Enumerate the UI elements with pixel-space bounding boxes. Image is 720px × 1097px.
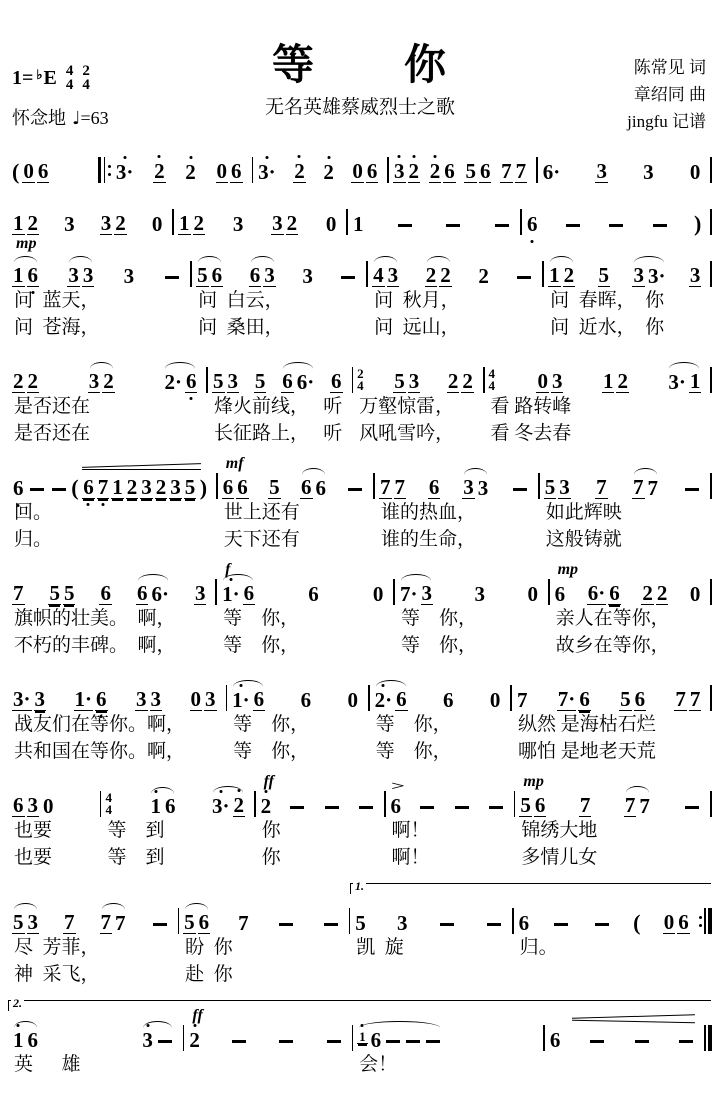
music-notes: 3·31·63303 bbox=[12, 685, 217, 711]
note: 7 bbox=[632, 477, 645, 499]
note: 2 bbox=[461, 371, 474, 393]
note: 3 bbox=[194, 583, 207, 605]
system-row: 123320mp12332016) bbox=[8, 192, 712, 235]
barline-single bbox=[710, 261, 712, 287]
note: 3 bbox=[63, 214, 76, 235]
dash-note bbox=[487, 923, 501, 926]
note: 6 bbox=[222, 477, 235, 499]
note: 6 bbox=[578, 689, 591, 711]
note: 2 bbox=[477, 266, 490, 287]
measure: 6(06归。 bbox=[514, 880, 699, 988]
lyric-line: 会！ bbox=[357, 1051, 534, 1078]
rest-note: 0 bbox=[372, 584, 385, 605]
rest-note: 0 bbox=[151, 214, 164, 235]
lyric-line: 如此辉映 bbox=[544, 499, 702, 526]
measure: 56633问 白云，问 桑田， bbox=[192, 244, 366, 341]
music-notes: 53566·6 bbox=[212, 367, 343, 393]
octave-dot-above bbox=[239, 684, 242, 687]
lyric-line: 啊！ bbox=[390, 844, 505, 871]
measure: 245322万壑惊雷，风吼雪吟， bbox=[353, 350, 483, 447]
octave-dot-below bbox=[101, 503, 104, 506]
lyric-line: 谁的生命， bbox=[379, 526, 529, 553]
note: 2 bbox=[408, 161, 421, 183]
dash-note bbox=[517, 276, 531, 279]
beam-group: 32 bbox=[100, 213, 127, 235]
beam-group: 22 bbox=[12, 371, 39, 393]
note: 6 bbox=[82, 477, 95, 499]
note: 6 bbox=[230, 161, 243, 183]
beam-group: 26 bbox=[429, 161, 456, 183]
system-row: 755666·3旗帜的壮美。 啊，不朽的丰碑。 啊，1·660f等 你，等 你，… bbox=[8, 562, 712, 659]
measure: 12533·3问 春晖， 你问 近水， 你 bbox=[544, 244, 710, 341]
note: 3 bbox=[387, 265, 400, 287]
octave-dot-above bbox=[237, 789, 240, 792]
measure: 7·330等 你，等 你， bbox=[395, 562, 548, 659]
beam-group: 6·6 bbox=[587, 583, 621, 605]
slur-group: 3·1 bbox=[667, 371, 701, 393]
note: 3 bbox=[169, 477, 182, 499]
dash-note bbox=[398, 224, 412, 227]
beam-group: 22 bbox=[641, 583, 668, 605]
dash-note bbox=[609, 224, 623, 227]
beam-group: 06 bbox=[22, 161, 49, 183]
measure: 123320mp bbox=[8, 192, 172, 235]
beam-group: 56 bbox=[619, 689, 646, 711]
measure: 3·31·63303战友们在等你。啊，共和国在等你。啊， bbox=[8, 668, 226, 765]
lyric-line: 等 你， bbox=[231, 738, 359, 765]
note: 2 bbox=[12, 371, 25, 393]
note: 5 bbox=[268, 477, 281, 499]
measure: 6(67123235)回。归。 bbox=[8, 456, 216, 553]
note: 5 bbox=[254, 371, 267, 393]
header: 1=♭E 44 24 怀念地♩=63 等 你 无名英雄蔡威烈士之歌 陈常见 词 … bbox=[0, 6, 720, 140]
note: 3 bbox=[632, 265, 645, 287]
dash-note bbox=[685, 488, 699, 491]
octave-dot-above bbox=[264, 790, 267, 793]
music-notes: 2ff bbox=[260, 791, 375, 817]
octave-dot-above bbox=[327, 156, 330, 159]
system: 630也要也要44163·2等 到等 到2ff你你6>啊！啊！56777mp锦绣… bbox=[8, 774, 712, 871]
note: 3 bbox=[150, 689, 163, 711]
lyric-line: 凯 旋 bbox=[354, 934, 503, 961]
note: 6 bbox=[549, 1030, 562, 1051]
note: 2 bbox=[102, 371, 115, 393]
credits: 陈常见 词 章绍同 曲 jingfu 记谱 bbox=[627, 54, 706, 135]
beam-group: 06 bbox=[216, 161, 243, 183]
lyric-line: 不朽的丰碑。 啊， bbox=[12, 632, 206, 659]
lyric-line: 看 冬去春 bbox=[489, 420, 702, 447]
lyric-line: 归。 bbox=[12, 526, 207, 553]
parenthesis: ) bbox=[694, 213, 701, 235]
measure: 56777mp锦绣大地多情儿女 bbox=[515, 774, 710, 871]
beam-group: 12 bbox=[12, 213, 39, 235]
octave-dot-below bbox=[531, 240, 534, 243]
note: 3 bbox=[88, 371, 101, 393]
note: 3 bbox=[227, 371, 240, 393]
system-row: (063·22063·2206322656776·330 bbox=[8, 140, 712, 183]
dynamic-mark: mp bbox=[558, 562, 578, 578]
octave-dot-above bbox=[412, 155, 415, 158]
lyric-line: 故乡在等你， bbox=[554, 632, 702, 659]
lyric-line: 问 桑田， bbox=[196, 314, 357, 341]
music-notes: 77633 bbox=[379, 473, 529, 499]
note: 5 bbox=[354, 913, 367, 934]
octave-dot-above bbox=[434, 155, 437, 158]
beam-group: 77 bbox=[500, 161, 527, 183]
note: 6 bbox=[136, 583, 149, 605]
measure: 630也要也要 bbox=[8, 774, 100, 871]
measure: 4403123·1看 路转峰看 冬去春 bbox=[485, 350, 711, 447]
lyric-line: 多情儿女 bbox=[519, 844, 701, 871]
note: 6 bbox=[253, 689, 266, 711]
measure: 66566mf世上还有天下还有 bbox=[218, 456, 374, 553]
note: 3 bbox=[477, 478, 490, 499]
note: 6 bbox=[608, 583, 621, 605]
lyric-line: 等 你， bbox=[399, 632, 539, 659]
barline-single bbox=[710, 473, 712, 499]
lyric-line bbox=[549, 1051, 695, 1078]
dynamic-mark: mf bbox=[226, 456, 244, 472]
system: 163英 雄2ff16会！62. bbox=[8, 997, 712, 1078]
barline-single bbox=[710, 209, 712, 235]
lyric-line: 问 苍海， bbox=[12, 314, 181, 341]
lyric-line: 是否还在 bbox=[12, 393, 197, 420]
octave-dot-above bbox=[382, 684, 385, 687]
note: 6 bbox=[211, 265, 224, 287]
measure: 77633谁的热血，谁的生命， bbox=[375, 456, 538, 553]
note: 5 bbox=[212, 371, 225, 393]
music-notes: 567 bbox=[183, 908, 340, 934]
lyric-line: 等 你， bbox=[399, 605, 539, 632]
dash-note bbox=[324, 923, 338, 926]
note: 3· bbox=[667, 372, 687, 393]
beam-group: 33 bbox=[135, 689, 162, 711]
note: 6 bbox=[442, 690, 455, 711]
dash-note bbox=[554, 923, 568, 926]
note: 3 bbox=[140, 477, 153, 499]
note: 3 bbox=[462, 477, 475, 499]
beam-group: 55 bbox=[48, 583, 75, 605]
system: 123320mp12332016) bbox=[8, 192, 712, 235]
dash-note bbox=[566, 224, 580, 227]
lyric-line: 世上还有 bbox=[222, 499, 365, 526]
barline-single bbox=[710, 579, 712, 605]
lyric-line: 神 采飞， bbox=[12, 961, 169, 988]
note: 3 bbox=[141, 1030, 154, 1051]
music-notes: 53777 bbox=[12, 908, 169, 934]
lyric-line: 英 雄 bbox=[12, 1051, 174, 1078]
music-notes: 77·65677 bbox=[516, 685, 701, 711]
note: 5 bbox=[48, 583, 61, 605]
note: 2 bbox=[114, 213, 127, 235]
measure: 123320 bbox=[174, 192, 346, 235]
music-notes: 22322·6 bbox=[12, 367, 197, 393]
music-notes: 245322 bbox=[357, 367, 474, 393]
measure: 44163·2等 到等 到 bbox=[101, 774, 254, 871]
dash-note bbox=[495, 224, 509, 227]
measure: 53凯 旋 bbox=[350, 880, 512, 988]
note: 3 bbox=[204, 689, 217, 711]
beam-group: 03 bbox=[536, 371, 563, 393]
barline-single bbox=[710, 157, 712, 183]
note: 3 bbox=[551, 371, 564, 393]
beam-group: 53 bbox=[393, 371, 420, 393]
note: 3· bbox=[257, 162, 277, 183]
rest-note: 0 bbox=[689, 162, 702, 183]
note: 2 bbox=[27, 371, 40, 393]
music-notes: 6 bbox=[549, 1025, 695, 1051]
note: 6 bbox=[185, 371, 198, 393]
rest-note: 0 bbox=[689, 584, 702, 605]
dash-note bbox=[679, 1040, 693, 1043]
lyric-line: 长征路上， 听 bbox=[212, 420, 343, 447]
music-notes: 6·330 bbox=[542, 157, 702, 183]
time-signature: 44 bbox=[105, 792, 112, 817]
beam-group: 63 bbox=[12, 795, 39, 817]
note: 5 bbox=[464, 161, 477, 183]
lyric-line: 赴 你 bbox=[183, 961, 340, 988]
beam-group: 3·3 bbox=[12, 689, 46, 711]
lyric-line: 等 到 bbox=[105, 817, 245, 844]
note: 1 bbox=[149, 796, 162, 817]
note: 3 bbox=[642, 162, 655, 183]
dash-note bbox=[590, 1040, 604, 1043]
composer-credit: 章绍同 曲 bbox=[627, 81, 706, 108]
music-notes: 43222 bbox=[372, 261, 533, 287]
note: 3 bbox=[34, 689, 47, 711]
note: 6 bbox=[534, 795, 547, 817]
dash-note bbox=[386, 1040, 400, 1043]
dash-note bbox=[455, 806, 469, 809]
music-notes: 56633 bbox=[196, 261, 357, 287]
music-notes: 3·2206 bbox=[115, 157, 243, 183]
measure: 1·660f等 你，等 你， bbox=[217, 562, 393, 659]
system: 3·31·63303战友们在等你。啊，共和国在等你。啊，1·660等 你，等 你… bbox=[8, 668, 712, 765]
note: 7 bbox=[63, 912, 76, 934]
dash-note bbox=[653, 224, 667, 227]
dash-note bbox=[325, 806, 339, 809]
beam-group: 66 bbox=[222, 477, 249, 499]
note: 3 bbox=[396, 913, 409, 934]
lyric-line: 锦绣大地 bbox=[519, 817, 701, 844]
note: 3 bbox=[27, 795, 40, 817]
lyric-line: 你 bbox=[260, 817, 375, 844]
lyric-line: 这般铸就 bbox=[544, 526, 702, 553]
measure: 53777尽 芳菲，神 采飞， bbox=[8, 880, 178, 988]
note: 3· bbox=[115, 162, 135, 183]
slur-group: 43 bbox=[372, 265, 399, 287]
rest-note: 0 bbox=[216, 161, 229, 183]
note: 7 bbox=[579, 795, 592, 817]
note: 2 bbox=[447, 371, 460, 393]
system: 16333问 蓝天，问 苍海，56633问 白云，问 桑田，43222问 秋月，… bbox=[8, 244, 712, 341]
system-row: 163英 雄2ff16会！62. bbox=[8, 997, 712, 1078]
note: 6 bbox=[300, 477, 313, 499]
measure: 2ff你你 bbox=[256, 774, 384, 871]
system-row: 22322·6是否还在是否还在53566·6烽火前线， 听长征路上， 听2453… bbox=[8, 350, 712, 447]
note: 5 bbox=[196, 265, 209, 287]
lyric-line: 是否还在 bbox=[12, 420, 197, 447]
measure: 77·65677纵然 是海枯石烂哪怕 是地老天荒 bbox=[512, 668, 710, 765]
lyric-line: 看 路转峰 bbox=[489, 393, 702, 420]
note: 6 bbox=[198, 912, 211, 934]
octave-dot-above bbox=[123, 156, 126, 159]
slur-group: 33 bbox=[67, 265, 94, 287]
dynamic-mark: mp bbox=[523, 774, 543, 790]
note: 7 bbox=[500, 161, 513, 183]
note: 7 bbox=[394, 477, 407, 499]
note: 7 bbox=[114, 913, 127, 934]
beam-group: 56 bbox=[464, 161, 491, 183]
rest-note: 0 bbox=[663, 912, 676, 934]
dash-note bbox=[290, 806, 304, 809]
parenthesis: ( bbox=[71, 477, 78, 499]
music-notes: 630 bbox=[12, 791, 91, 817]
note: 1 bbox=[352, 214, 365, 235]
lyric-line: 问 近水， 你 bbox=[548, 314, 701, 341]
note: 2 bbox=[126, 477, 139, 499]
note: 2 bbox=[27, 213, 40, 235]
note: 6 bbox=[99, 583, 112, 605]
slur-group: 16 bbox=[12, 265, 39, 287]
octave-dot-above bbox=[17, 1024, 20, 1027]
music-notes: 16 bbox=[357, 1025, 534, 1051]
music-notes: 2·660 bbox=[374, 685, 502, 711]
page-title: 等 你 bbox=[0, 32, 720, 92]
barline-repeat-end bbox=[699, 908, 712, 934]
lyric-line: 问 蓝天， bbox=[12, 287, 181, 314]
rest-note: 0 bbox=[22, 161, 35, 183]
beam-group: 22 bbox=[447, 371, 474, 393]
note: 1 bbox=[357, 1030, 368, 1044]
note: 7 bbox=[12, 583, 25, 605]
lyric-line: 回。 bbox=[12, 499, 207, 526]
lyric-line: 旗帜的壮美。 啊， bbox=[12, 605, 206, 632]
slur-group: 33 bbox=[462, 477, 489, 499]
dash-note bbox=[426, 1040, 440, 1043]
lyric-line: 战友们在等你。啊， bbox=[12, 711, 217, 738]
slur-group: 2·6 bbox=[374, 689, 408, 711]
lyric-line: 等 你， bbox=[374, 711, 502, 738]
beam-group: 32 bbox=[271, 213, 298, 235]
slur-group: 63 bbox=[249, 265, 276, 287]
measure: 16333问 蓝天，问 苍海， bbox=[8, 244, 190, 341]
note: 7 bbox=[237, 913, 250, 934]
lyric-line: 也要 bbox=[12, 817, 91, 844]
note: 2 bbox=[155, 477, 168, 499]
octave-dot-below bbox=[31, 291, 34, 294]
note: 6 bbox=[281, 371, 294, 393]
note: 3 bbox=[301, 266, 314, 287]
rest-note: 0 bbox=[536, 371, 549, 393]
slur-group: 7·3 bbox=[399, 583, 433, 605]
note: 2 bbox=[641, 583, 654, 605]
lyric-line: 万壑惊雷， bbox=[357, 393, 474, 420]
dash-note bbox=[440, 923, 454, 926]
slur-group: 77 bbox=[632, 477, 659, 499]
note: 7· bbox=[557, 689, 577, 711]
volta-label: 1. bbox=[353, 880, 366, 892]
measure: (06 bbox=[8, 140, 98, 183]
note: 6 bbox=[307, 584, 320, 605]
note: 2 bbox=[193, 213, 206, 235]
note: 1 bbox=[111, 477, 124, 499]
music-notes: 66566mf bbox=[222, 473, 365, 499]
slur-group: 66· bbox=[281, 371, 315, 393]
octave-dot-below bbox=[190, 397, 193, 400]
beam-group: 06 bbox=[663, 912, 690, 934]
transcriber-credit: jingfu 记谱 bbox=[627, 108, 706, 135]
lyric-line: 盼 你 bbox=[183, 934, 340, 961]
music-notes: 32265677 bbox=[393, 157, 527, 183]
music-notes: 123320mp bbox=[12, 209, 163, 235]
ornament-lines bbox=[82, 465, 201, 471]
slur-group: 53 bbox=[12, 912, 39, 934]
note: 3 bbox=[271, 213, 284, 235]
note: 4 bbox=[372, 265, 385, 287]
beam-group: 67123235 bbox=[82, 477, 196, 499]
measure: 1 bbox=[348, 192, 520, 235]
music-notes: 7·330 bbox=[399, 579, 539, 605]
dash-note bbox=[685, 806, 699, 809]
measure: 1·660等 你，等 你， bbox=[227, 668, 368, 765]
measure: 22322·6是否还在是否还在 bbox=[8, 350, 206, 447]
music-notes: 44163·2 bbox=[105, 791, 245, 817]
dash-note bbox=[30, 488, 44, 491]
lyric-line: 天下还有 bbox=[222, 526, 365, 553]
parenthesis: ( bbox=[633, 912, 640, 934]
note: 2 bbox=[286, 213, 299, 235]
note: 3 bbox=[82, 265, 95, 287]
note: 6 bbox=[164, 796, 177, 817]
octave-dot-above bbox=[361, 1024, 364, 1027]
note: 2 bbox=[233, 795, 246, 817]
note: 7· bbox=[399, 584, 419, 605]
lyric-line: 你 bbox=[260, 844, 375, 871]
dash-note bbox=[406, 1040, 420, 1043]
music-notes: 1·660f bbox=[221, 579, 384, 605]
note: 1 bbox=[548, 265, 561, 287]
dash-note bbox=[52, 488, 66, 491]
rest-note: 0 bbox=[346, 690, 359, 711]
music-notes: 123320 bbox=[178, 209, 337, 235]
parenthesis: ( bbox=[12, 161, 19, 183]
dash-note bbox=[420, 806, 434, 809]
measure: 43222问 秋月，问 远山， bbox=[368, 244, 542, 341]
note: 1 bbox=[12, 265, 25, 287]
note: 5 bbox=[63, 583, 76, 605]
system: 755666·3旗帜的壮美。 啊，不朽的丰碑。 啊，1·660f等 你，等 你，… bbox=[8, 562, 712, 659]
note: 6 bbox=[443, 161, 456, 183]
system: 53777尽 芳菲，神 采飞，567盼 你赴 你53凯 旋6(06归。1. bbox=[8, 880, 712, 988]
sheet-music-page: 1=♭E 44 24 怀念地♩=63 等 你 无名英雄蔡威烈士之歌 陈常见 词 … bbox=[0, 0, 720, 1097]
lyric-line: 也要 bbox=[12, 844, 91, 871]
note: 6 bbox=[370, 1030, 383, 1051]
system: 22322·6是否还在是否还在53566·6烽火前线， 听长征路上， 听2453… bbox=[8, 350, 712, 447]
note: 6 bbox=[243, 583, 256, 605]
octave-dot-above bbox=[219, 790, 222, 793]
music-notes: 4403123·1 bbox=[489, 367, 702, 393]
dash-note bbox=[327, 1040, 341, 1043]
subtitle: 无名英雄蔡威烈士之歌 bbox=[0, 92, 720, 119]
lyric-line bbox=[188, 1051, 342, 1078]
measure: 2·660等 你，等 你， bbox=[370, 668, 511, 765]
slur-group: 3 bbox=[141, 1030, 174, 1051]
note: 6> bbox=[390, 796, 403, 817]
note: 5 bbox=[393, 371, 406, 393]
dash-note bbox=[279, 1040, 293, 1043]
note: 5 bbox=[183, 912, 196, 934]
